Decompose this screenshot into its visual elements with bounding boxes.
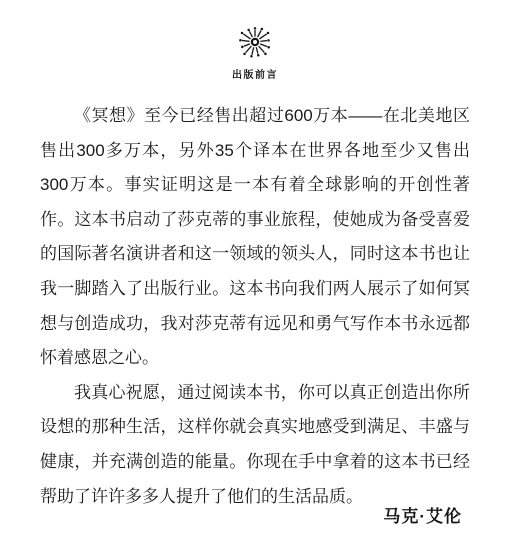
paragraph: 我真心祝愿，通过阅读本书，你可以真正创造出你所设想的那种生活，这样你就会真实地感… [40,376,470,514]
book-page: 出版前言 《冥想》至今已经售出超过600万本——在北美地区售出300多万本，另外… [0,0,510,536]
chapter-header: 出版前言 [0,26,510,81]
preface-body: 《冥想》至今已经售出超过600万本——在北美地区售出300多万本，另外35个译本… [40,99,470,514]
author-signature: 马克·艾伦 [383,502,462,527]
paragraph: 《冥想》至今已经售出超过600万本——在北美地区售出300多万本，另外35个译本… [40,99,470,376]
chapter-title: 出版前言 [0,66,510,81]
dandelion-starburst-icon [239,26,271,58]
